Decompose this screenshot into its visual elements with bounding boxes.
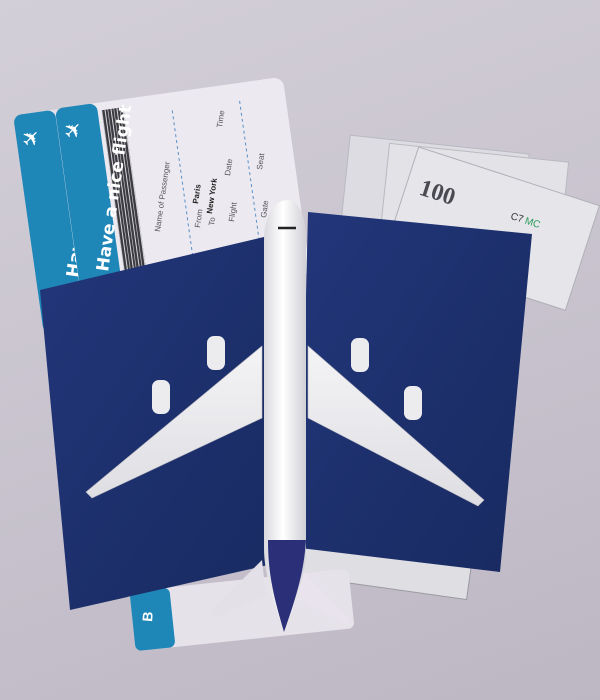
passport-left bbox=[40, 236, 290, 610]
photo-scene: Have a nice flight ✈ Have a nice flight … bbox=[0, 0, 600, 700]
ticket-bottom-stub-text: B bbox=[139, 611, 156, 622]
